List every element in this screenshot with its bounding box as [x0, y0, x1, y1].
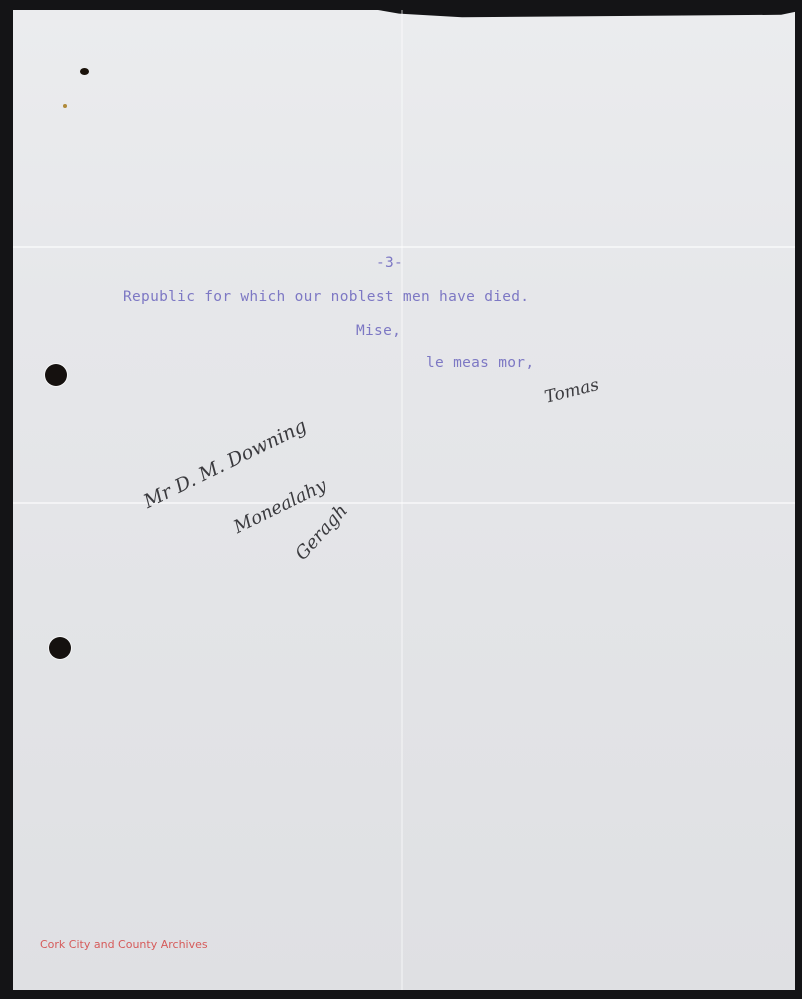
- punch-hole: [49, 637, 71, 659]
- address-line-3: Geragh: [291, 500, 352, 564]
- fold-crease: [401, 10, 403, 990]
- ink-spot: [63, 104, 67, 108]
- valediction-line: le meas mor,: [426, 355, 534, 371]
- page-number: -3-: [376, 255, 403, 271]
- archive-watermark: Cork City and County Archives: [40, 938, 208, 951]
- signature: Tomas: [543, 375, 601, 408]
- fold-crease: [13, 502, 795, 504]
- torn-edge: [378, 10, 798, 22]
- closing-line: Mise,: [356, 323, 401, 339]
- fold-crease: [13, 246, 795, 248]
- ink-spot: [80, 68, 89, 75]
- punch-hole: [45, 364, 67, 386]
- body-line: Republic for which our noblest men have …: [123, 289, 529, 305]
- letter-page: -3- Republic for which our noblest men h…: [13, 10, 795, 990]
